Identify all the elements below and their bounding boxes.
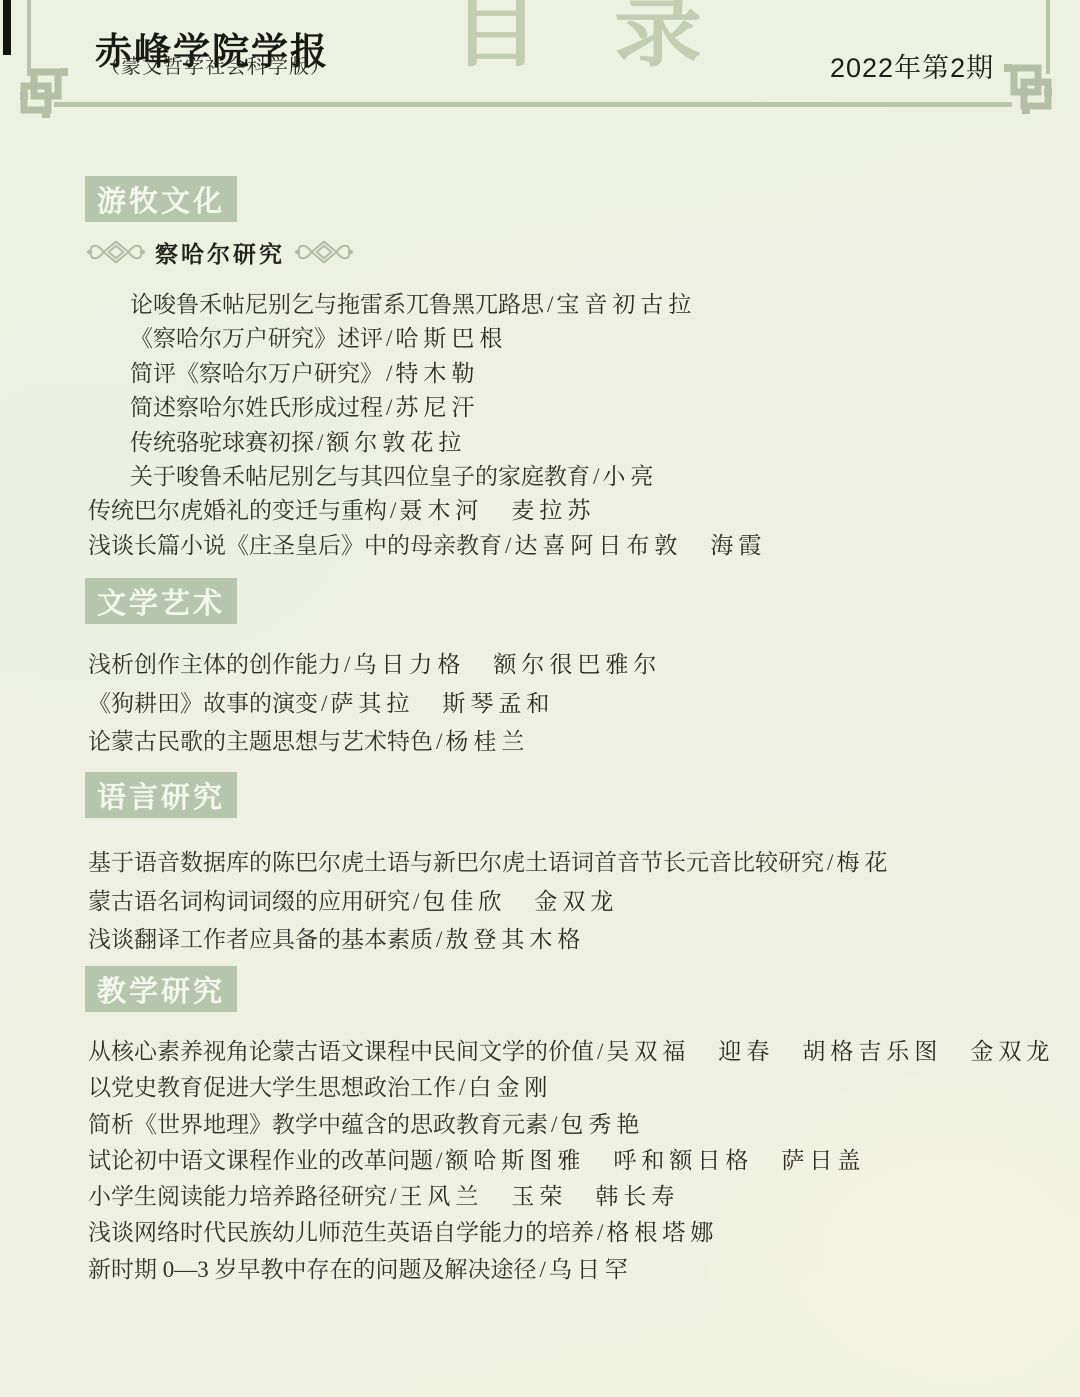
- title-author-separator: /: [383, 395, 395, 420]
- article-authors: 苏尼汗: [395, 395, 479, 420]
- article-authors: 敖登其木格: [445, 927, 585, 952]
- article-title: 《狗耕田》故事的演变: [88, 691, 318, 716]
- toc-entry: 论蒙古民歌的主题思想与艺术特色/杨桂兰: [88, 723, 1080, 762]
- toc-entry: 新时期 0—3 岁早教中存在的问题及解决途径/乌日罕: [88, 1252, 1080, 1288]
- frame-line-left: [27, 0, 31, 76]
- article-title: 简评《察哈尔万户研究》: [130, 361, 383, 386]
- title-author-separator: /: [383, 361, 395, 386]
- article-authors: 吴双福 迎春 胡格吉乐图 金双龙: [606, 1039, 1054, 1064]
- article-title: 小学生阅读能力培养路径研究: [88, 1184, 387, 1209]
- title-author-separator: /: [341, 652, 353, 677]
- article-title: 以党史教育促进大学生思想政治工作: [88, 1075, 456, 1100]
- title-author-separator: /: [314, 430, 326, 455]
- section-header-teaching-research: 教学研究: [85, 966, 237, 1012]
- toc-entry: 从核心素养视角论蒙古语文课程中民间文学的价值/吴双福 迎春 胡格吉乐图 金双龙: [88, 1034, 1080, 1070]
- toc-entry: 关于唆鲁禾帖尼别乞与其四位皇子的家庭教育/小亮: [88, 460, 1080, 494]
- toc-entry: 论唆鲁禾帖尼别乞与拖雷系兀鲁黑兀路思/宝音初古拉: [88, 288, 1080, 322]
- journal-subtitle: （蒙文哲学社会科学版）: [100, 50, 331, 79]
- toc-entry: 浅谈翻译工作者应具备的基本素质/敖登其木格: [88, 921, 1080, 960]
- section-header-language-research: 语言研究: [85, 772, 237, 818]
- section-header-nomadic-culture: 游牧文化: [85, 176, 237, 222]
- journal-toc-page: 目录 赤峰学院学报 （蒙文哲学社会科学版） 2022年第2期 游牧文化 察哈尔研…: [0, 0, 1080, 1397]
- article-authors: 达喜阿日布敦 海霞: [514, 533, 766, 558]
- title-author-separator: /: [410, 889, 422, 914]
- article-title: 论蒙古民歌的主题思想与艺术特色: [88, 729, 433, 754]
- section-teaching-research: 教学研究 从核心素养视角论蒙古语文课程中民间文学的价值/吴双福 迎春 胡格吉乐图…: [85, 966, 1080, 1288]
- toc-entry: 传统巴尔虎婚礼的变迁与重构/聂木河 麦拉苏: [88, 494, 1080, 528]
- toc-entry: 传统骆驼球赛初探/额尔敦花拉: [88, 426, 1080, 460]
- article-title: 试论初中语文课程作业的改革问题: [88, 1148, 433, 1173]
- article-title: 基于语音数据库的陈巴尔虎土语与新巴尔虎土语词首音节长元音比较研究: [88, 850, 824, 875]
- toc-entry: 试论初中语文课程作业的改革问题/额哈斯图雅 呼和额日格 萨日盖: [88, 1143, 1080, 1179]
- title-author-separator: /: [383, 326, 395, 351]
- title-author-separator: /: [537, 1257, 549, 1282]
- article-authors: 特木勒: [395, 361, 479, 386]
- article-authors: 杨桂兰: [445, 729, 529, 754]
- toc-watermark: 目录: [452, 0, 776, 72]
- article-title: 简析《世界地理》教学中蕴含的思政教育元素: [88, 1112, 548, 1137]
- toc-entry: 简评《察哈尔万户研究》/特木勒: [88, 357, 1080, 391]
- scan-artifact-mark: [3, 0, 11, 55]
- article-authors: 白金刚: [468, 1075, 552, 1100]
- article-list: 基于语音数据库的陈巴尔虎土语与新巴尔虎土语词首音节长元音比较研究/梅花蒙古语名词…: [88, 844, 1080, 960]
- toc-entry: 《狗耕田》故事的演变/萨其拉 斯琴孟和: [88, 685, 1080, 724]
- title-author-separator: /: [387, 1184, 399, 1209]
- article-authors: 聂木河 麦拉苏: [399, 498, 595, 523]
- article-authors: 额尔敦花拉: [326, 430, 466, 455]
- title-author-separator: /: [387, 498, 399, 523]
- title-author-separator: /: [594, 1220, 606, 1245]
- article-authors: 宝音初古拉: [556, 292, 696, 317]
- subsection-title: 察哈尔研究: [155, 236, 285, 269]
- article-authors: 王风兰 玉荣 韩长寿: [399, 1184, 679, 1209]
- article-authors: 小亮: [602, 464, 658, 489]
- article-title: 浅谈长篇小说《庄圣皇后》中的母亲教育: [88, 533, 502, 558]
- article-authors: 梅花: [836, 850, 892, 875]
- toc-entry: 浅析创作主体的创作能力/乌日力格 额尔很巴雅尔: [88, 646, 1080, 685]
- toc-entry: 基于语音数据库的陈巴尔虎土语与新巴尔虎土语词首音节长元音比较研究/梅花: [88, 844, 1080, 883]
- article-authors: 萨其拉 斯琴孟和: [330, 691, 554, 716]
- article-title: 传统巴尔虎婚礼的变迁与重构: [88, 498, 387, 523]
- knot-ornament-icon: [87, 239, 145, 265]
- toc-entry: 小学生阅读能力培养路径研究/王风兰 玉荣 韩长寿: [88, 1179, 1080, 1215]
- article-title: 关于唆鲁禾帖尼别乞与其四位皇子的家庭教育: [130, 464, 590, 489]
- toc-entry: 简析《世界地理》教学中蕴含的思政教育元素/包秀艳: [88, 1107, 1080, 1143]
- toc-entry: 蒙古语名词构词词缀的应用研究/包佳欣 金双龙: [88, 883, 1080, 922]
- article-authors: 乌日力格 额尔很巴雅尔: [353, 652, 661, 677]
- title-author-separator: /: [433, 1148, 445, 1173]
- toc-entry: 《察哈尔万户研究》述评/哈斯巴根: [88, 322, 1080, 356]
- chinese-knot-corner-left-icon: [20, 68, 68, 118]
- section-nomadic-culture: 游牧文化 察哈尔研究: [85, 176, 1080, 563]
- article-title: 浅析创作主体的创作能力: [88, 652, 341, 677]
- toc-entry: 浅谈网络时代民族幼儿师范生英语自学能力的培养/格根塔娜: [88, 1215, 1080, 1251]
- article-title: 新时期 0—3 岁早教中存在的问题及解决途径: [88, 1257, 537, 1282]
- article-title: 从核心素养视角论蒙古语文课程中民间文学的价值: [88, 1039, 594, 1064]
- toc-entry: 简述察哈尔姓氏形成过程/苏尼汗: [88, 391, 1080, 425]
- title-author-separator: /: [594, 1039, 606, 1064]
- article-title: 浅谈网络时代民族幼儿师范生英语自学能力的培养: [88, 1220, 594, 1245]
- title-author-separator: /: [318, 691, 330, 716]
- article-authors: 包秀艳: [560, 1112, 644, 1137]
- article-authors: 格根塔娜: [606, 1220, 718, 1245]
- article-authors: 乌日罕: [549, 1257, 633, 1282]
- frame-line-right: [1046, 0, 1050, 74]
- title-author-separator: /: [502, 533, 514, 558]
- issue-label: 2022年第2期: [830, 46, 994, 85]
- title-author-separator: /: [456, 1075, 468, 1100]
- title-author-separator: /: [590, 464, 602, 489]
- frame-line-horizontal: [54, 102, 1012, 107]
- title-author-separator: /: [548, 1112, 560, 1137]
- subsection-row: 察哈尔研究: [87, 236, 1080, 268]
- article-list: 论唆鲁禾帖尼别乞与拖雷系兀鲁黑兀路思/宝音初古拉《察哈尔万户研究》述评/哈斯巴根…: [88, 288, 1080, 563]
- title-author-separator: /: [433, 927, 445, 952]
- title-author-separator: /: [433, 729, 445, 754]
- article-title: 《察哈尔万户研究》述评: [130, 326, 383, 351]
- article-title: 简述察哈尔姓氏形成过程: [130, 395, 383, 420]
- section-literature-art: 文学艺术 浅析创作主体的创作能力/乌日力格 额尔很巴雅尔《狗耕田》故事的演变/萨…: [85, 578, 1080, 762]
- knot-ornament-icon: [295, 239, 353, 265]
- article-title: 论唆鲁禾帖尼别乞与拖雷系兀鲁黑兀路思: [130, 292, 544, 317]
- article-authors: 哈斯巴根: [395, 326, 507, 351]
- section-language-research: 语言研究 基于语音数据库的陈巴尔虎土语与新巴尔虎土语词首音节长元音比较研究/梅花…: [85, 772, 1080, 960]
- article-title: 浅谈翻译工作者应具备的基本素质: [88, 927, 433, 952]
- article-title: 传统骆驼球赛初探: [130, 430, 314, 455]
- article-list: 浅析创作主体的创作能力/乌日力格 额尔很巴雅尔《狗耕田》故事的演变/萨其拉 斯琴…: [88, 646, 1080, 762]
- toc-entry: 浅谈长篇小说《庄圣皇后》中的母亲教育/达喜阿日布敦 海霞: [88, 529, 1080, 563]
- chinese-knot-corner-right-icon: [1004, 64, 1052, 114]
- article-list: 从核心素养视角论蒙古语文课程中民间文学的价值/吴双福 迎春 胡格吉乐图 金双龙以…: [88, 1034, 1080, 1288]
- title-author-separator: /: [824, 850, 836, 875]
- article-authors: 包佳欣 金双龙: [422, 889, 618, 914]
- title-author-separator: /: [544, 292, 556, 317]
- article-title: 蒙古语名词构词词缀的应用研究: [88, 889, 410, 914]
- section-header-literature-art: 文学艺术: [85, 578, 237, 624]
- toc-entry: 以党史教育促进大学生思想政治工作/白金刚: [88, 1070, 1080, 1106]
- article-authors: 额哈斯图雅 呼和额日格 萨日盖: [445, 1148, 865, 1173]
